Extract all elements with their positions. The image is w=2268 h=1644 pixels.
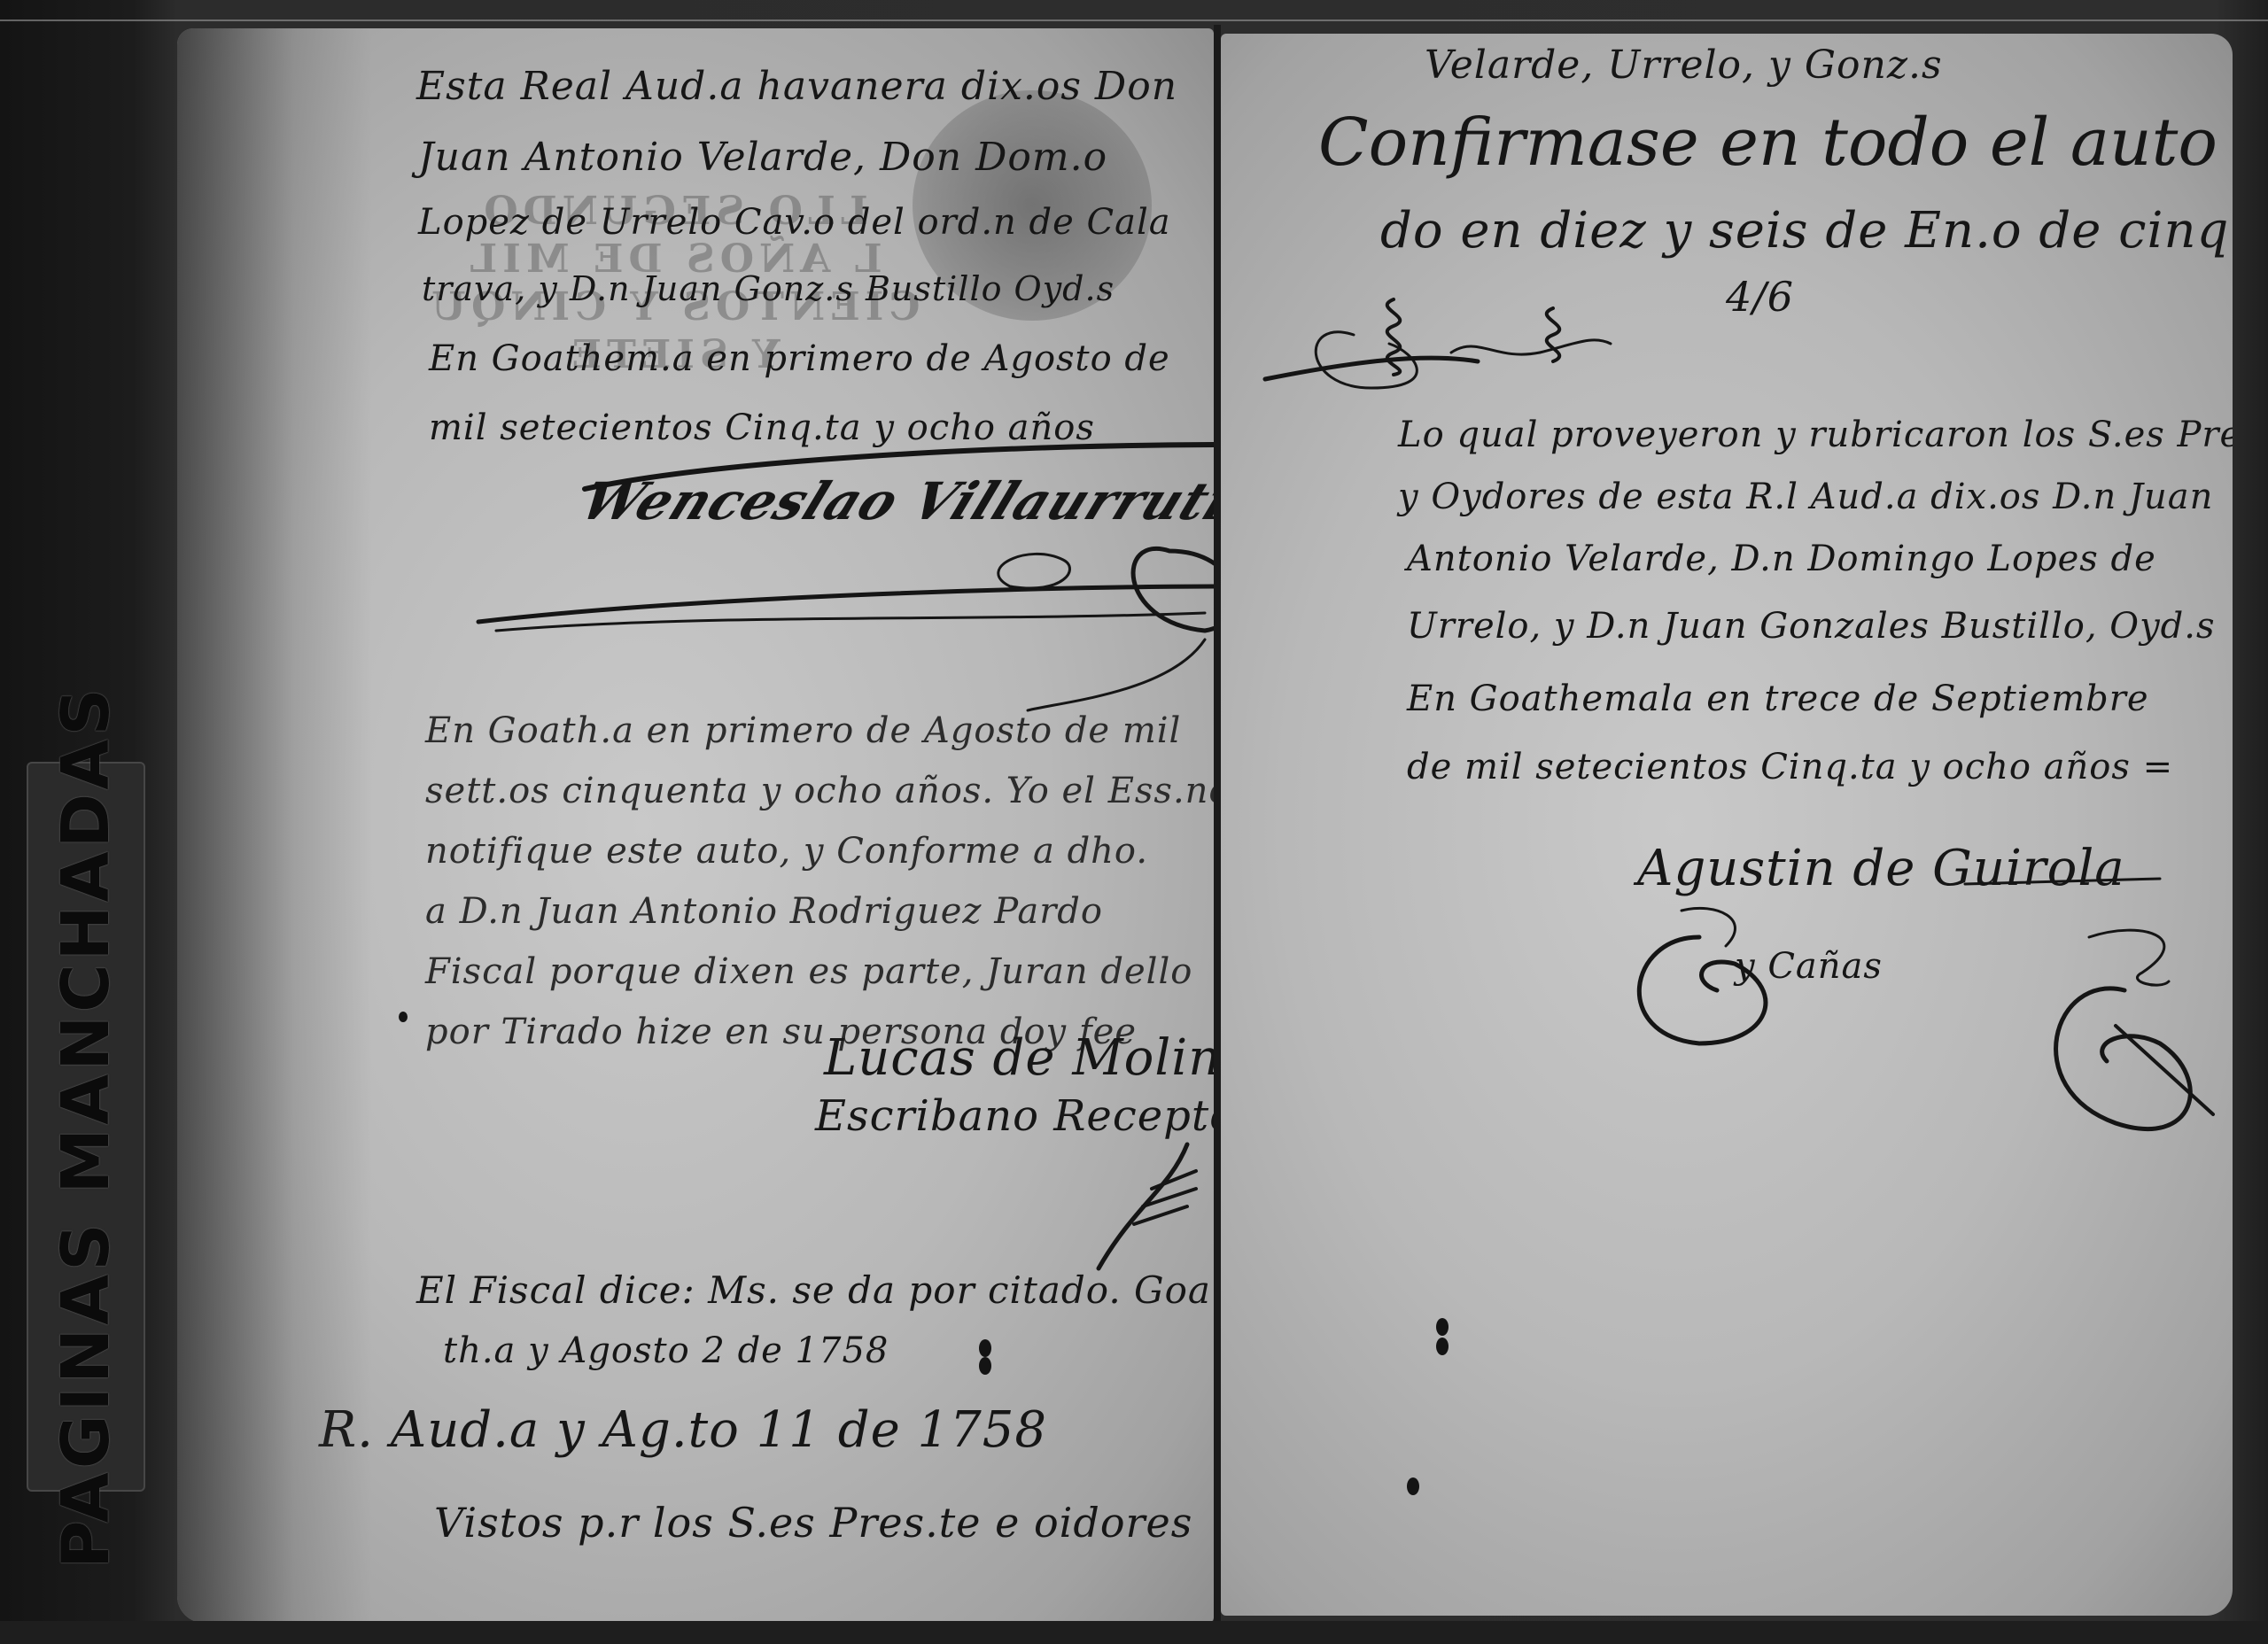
ink-dot: [1436, 1338, 1449, 1355]
notice-line-4: a D.n Juan Antonio Rodriguez Pardo: [425, 891, 1103, 932]
notice-line-5: Fiscal porque dixen es parte, Juran dell…: [425, 951, 1192, 992]
ink-dot: [979, 1357, 991, 1375]
signature-lucas-de-molina: Lucas de Molina: [824, 1029, 1214, 1087]
left-line-2: Juan Antonio Velarde, Don Dom.o: [418, 135, 1107, 180]
decree-line-3: Antonio Velarde, D.n Domingo Lopes de: [1407, 539, 2156, 579]
page-gutter-divider: [1214, 25, 1221, 1621]
confirmation-line-2: do en diez y seis de En.o de cinq.ta y s…: [1380, 202, 2233, 260]
decree-line-2: y Oydores de esta R.l Aud.a dix.os D.n J…: [1398, 477, 2213, 517]
ink-dot: [979, 1339, 991, 1357]
binding-fold-shadow: [177, 28, 372, 1623]
notice-line-2: sett.os cinquenta y ocho años. Yo el Ess…: [425, 771, 1214, 811]
decree-line-5: En Goathemala en trece de Septiembre: [1407, 679, 2149, 719]
spine-label: PAGINAS MANCHADAS: [27, 762, 145, 1492]
ink-dot: [1436, 1318, 1449, 1336]
left-line-3: Lopez de Urrelo Cav.o del ord.n de Cala: [418, 202, 1171, 243]
footer-note-4: Vistos p.r los S.es Pres.te e oidores: [434, 1499, 1192, 1547]
decree-line-1: Lo qual proveyeron y rubricaron los S.es…: [1398, 415, 2233, 455]
signature-rubric-1: [443, 409, 1214, 693]
left-line-1: Esta Real Aud.a havanera dix.os Don: [416, 64, 1177, 109]
decree-line-6: de mil setecientos Cinq.ta y ocho años =: [1407, 747, 2173, 787]
confirmation-line-1: Confirmase en todo el auto prove: [1318, 105, 2233, 181]
scan-line: [0, 19, 2268, 21]
notice-line-3: notifique este auto, y Conforme a dho.: [425, 831, 1148, 872]
notice-line-1: En Goath.a en primero de Agosto de mil: [425, 710, 1181, 751]
rubric-flourish: [1247, 264, 1619, 406]
footer-note-2: th.a y Agosto 2 de 1758: [443, 1330, 889, 1371]
signature-title-escribano: Escribano Receptor: [815, 1091, 1214, 1141]
decree-line-4: Urrelo, y D.n Juan Gonzales Bustillo, Oy…: [1407, 606, 2216, 647]
signature-rubric-2: [1045, 1136, 1214, 1277]
ink-dot: [399, 1012, 408, 1022]
signature-rubric-guirola: [1593, 884, 2231, 1167]
folio-mark: 4/6: [1726, 273, 1794, 321]
ink-dot: [1407, 1477, 1419, 1495]
footer-note-1: El Fiscal dice: Ms. se da por citado. Go…: [416, 1268, 1211, 1312]
spine-label-text: PAGINAS MANCHADAS: [48, 685, 124, 1569]
microfilm-bottom-edge: [0, 1621, 2268, 1644]
footer-note-3: R. Aud.a y Ag.to 11 de 1758: [319, 1401, 1047, 1459]
left-line-4: trava, y D.n Juan Gonz.s Bustillo Oyd.s: [422, 269, 1115, 308]
right-header-line: Velarde, Urrelo, y Gonz.s: [1425, 43, 1943, 88]
right-page: Velarde, Urrelo, y Gonz.s Confirmase en …: [1221, 34, 2233, 1616]
left-line-5: En Goathem.a en primero de Agosto de: [429, 338, 1170, 379]
